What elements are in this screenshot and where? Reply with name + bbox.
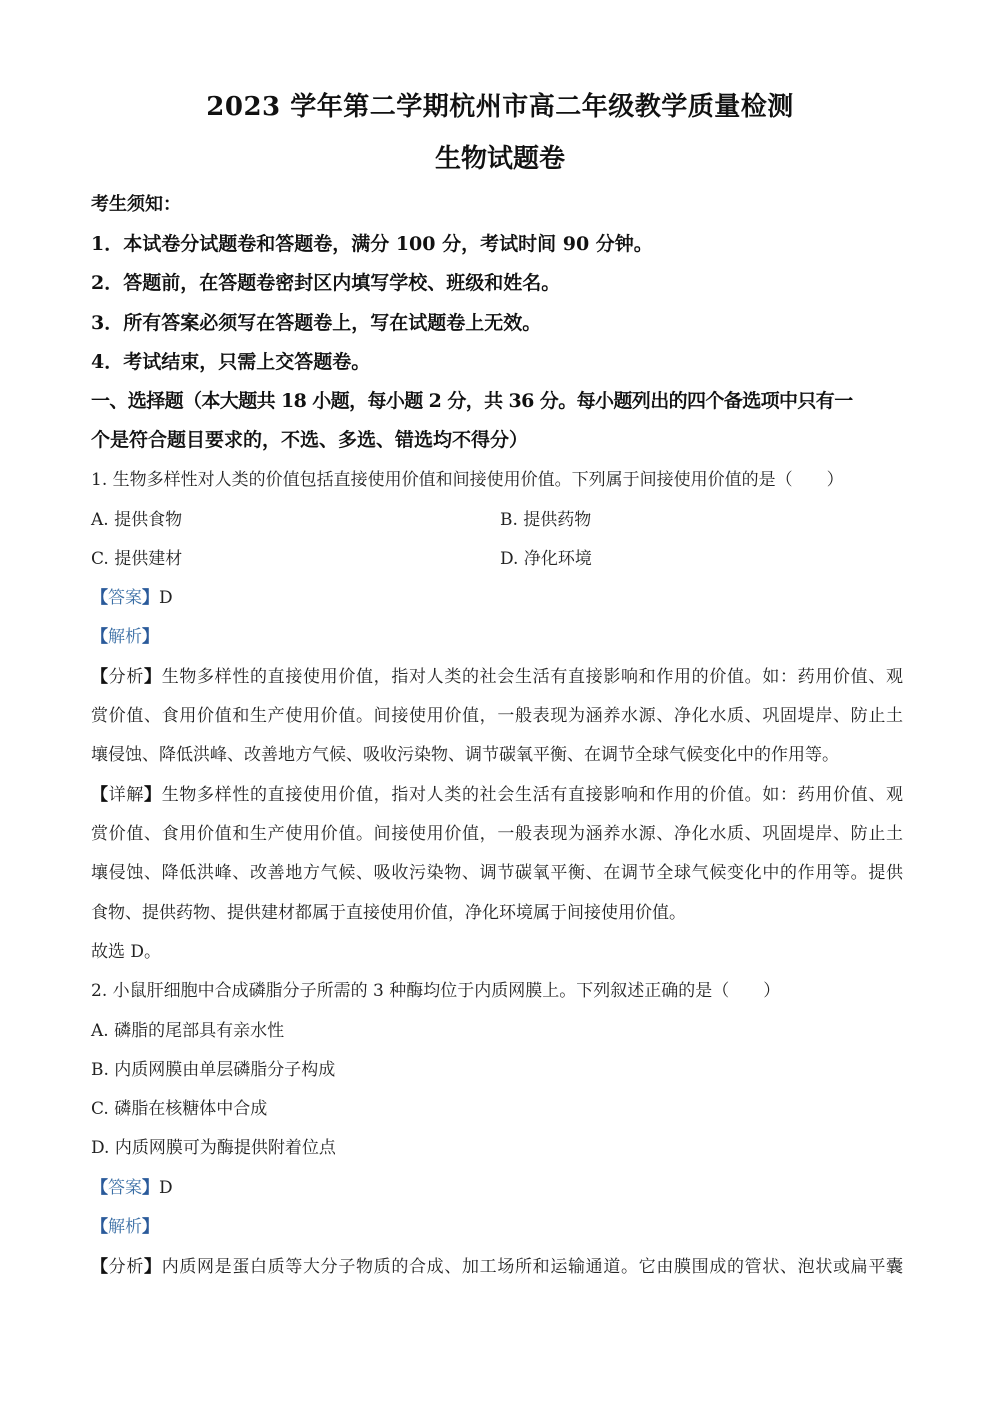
section-heading-line1: 一、选择题（本大题共 18 小题，每小题 2 分，共 36 分。每小题列出的四个… — [91, 386, 853, 413]
question-1-option-d: D. 净化环境 — [500, 544, 592, 569]
notice-item-4: 4．考试结束，只需上交答题卷。 — [91, 347, 370, 374]
question-2-answer: 【答案】D — [91, 1173, 173, 1198]
notice-heading: 考生须知： — [91, 190, 181, 216]
analysis-label: 解析 — [108, 1217, 142, 1237]
answer-value: D — [159, 588, 173, 608]
question-1-analysis-heading: 【解析】 — [91, 622, 159, 647]
question-1-option-a: A. 提供食物 — [91, 505, 182, 530]
section-heading-line2: 个是符合题目要求的，不选、多选、错选均不得分） — [91, 425, 528, 452]
question-1-conclusion: 故选 D。 — [91, 937, 161, 962]
answer-label: 答案 — [108, 1178, 142, 1198]
detail-label: 详解 — [109, 785, 144, 805]
analyze-label: 分析 — [109, 1257, 144, 1277]
question-1-analyze-line-2: 赏价值、食用价值和生产使用价值。间接使用价值，一般表现为涵养水源、净化水质、巩固… — [91, 701, 903, 726]
notice-item-3: 3．所有答案必须写在答题卷上，写在试题卷上无效。 — [91, 308, 541, 335]
question-1-analyze-line-1: 【分析】生物多样性的直接使用价值，指对人类的社会生活有直接影响和作用的价值。如：… — [91, 662, 903, 687]
question-1-option-c: C. 提供建材 — [91, 544, 182, 569]
question-2-stem: 2. 小鼠肝细胞中合成磷脂分子所需的 3 种酶均位于内质网膜上。下列叙述正确的是… — [91, 976, 780, 1001]
question-1-detail-line-3: 壤侵蚀、降低洪峰、改善地方气候、吸收污染物、调节碳氧平衡、在调节全球气候变化中的… — [91, 858, 903, 883]
question-1-detail-line-2: 赏价值、食用价值和生产使用价值。间接使用价值，一般表现为涵养水源、净化水质、巩固… — [91, 819, 903, 844]
question-2-option-c: C. 磷脂在核糖体中合成 — [91, 1094, 267, 1119]
notice-item-2: 2．答题前，在答题卷密封区内填写学校、班级和姓名。 — [91, 268, 560, 295]
analyze-label: 分析 — [109, 667, 144, 687]
exam-subtitle: 生物试题卷 — [0, 138, 1000, 175]
analysis-label: 解析 — [108, 627, 142, 647]
exam-page: 2023 学年第二学期杭州市高二年级教学质量检测 生物试题卷 考生须知： 1．本… — [0, 0, 1000, 1414]
answer-value: D — [159, 1178, 173, 1198]
question-1-option-b: B. 提供药物 — [500, 505, 591, 530]
question-1-detail-line-1: 【详解】生物多样性的直接使用价值，指对人类的社会生活有直接影响和作用的价值。如：… — [91, 780, 903, 805]
question-1-analyze-line-3: 壤侵蚀、降低洪峰、改善地方气候、吸收污染物、调节碳氧平衡、在调节全球气候变化中的… — [91, 740, 839, 765]
question-2-analysis-heading: 【解析】 — [91, 1212, 159, 1237]
question-2-option-d: D. 内质网膜可为酶提供附着位点 — [91, 1133, 336, 1158]
exam-title: 2023 学年第二学期杭州市高二年级教学质量检测 — [0, 86, 1000, 123]
question-1-answer: 【答案】D — [91, 583, 173, 608]
question-1-stem: 1. 生物多样性对人类的价值包括直接使用价值和间接使用价值。下列属于间接使用价值… — [91, 465, 844, 490]
notice-item-1: 1．本试卷分试题卷和答题卷，满分 100 分，考试时间 90 分钟。 — [91, 229, 653, 256]
question-2-option-a: A. 磷脂的尾部具有亲水性 — [91, 1016, 284, 1041]
question-2-option-b: B. 内质网膜由单层磷脂分子构成 — [91, 1055, 335, 1080]
question-1-detail-line-4: 食物、提供药物、提供建材都属于直接使用价值，净化环境属于间接使用价值。 — [91, 898, 686, 923]
answer-label: 答案 — [108, 588, 142, 608]
question-2-analyze-line-1: 【分析】内质网是蛋白质等大分子物质的合成、加工场所和运输通道。它由膜围成的管状、… — [91, 1252, 903, 1277]
